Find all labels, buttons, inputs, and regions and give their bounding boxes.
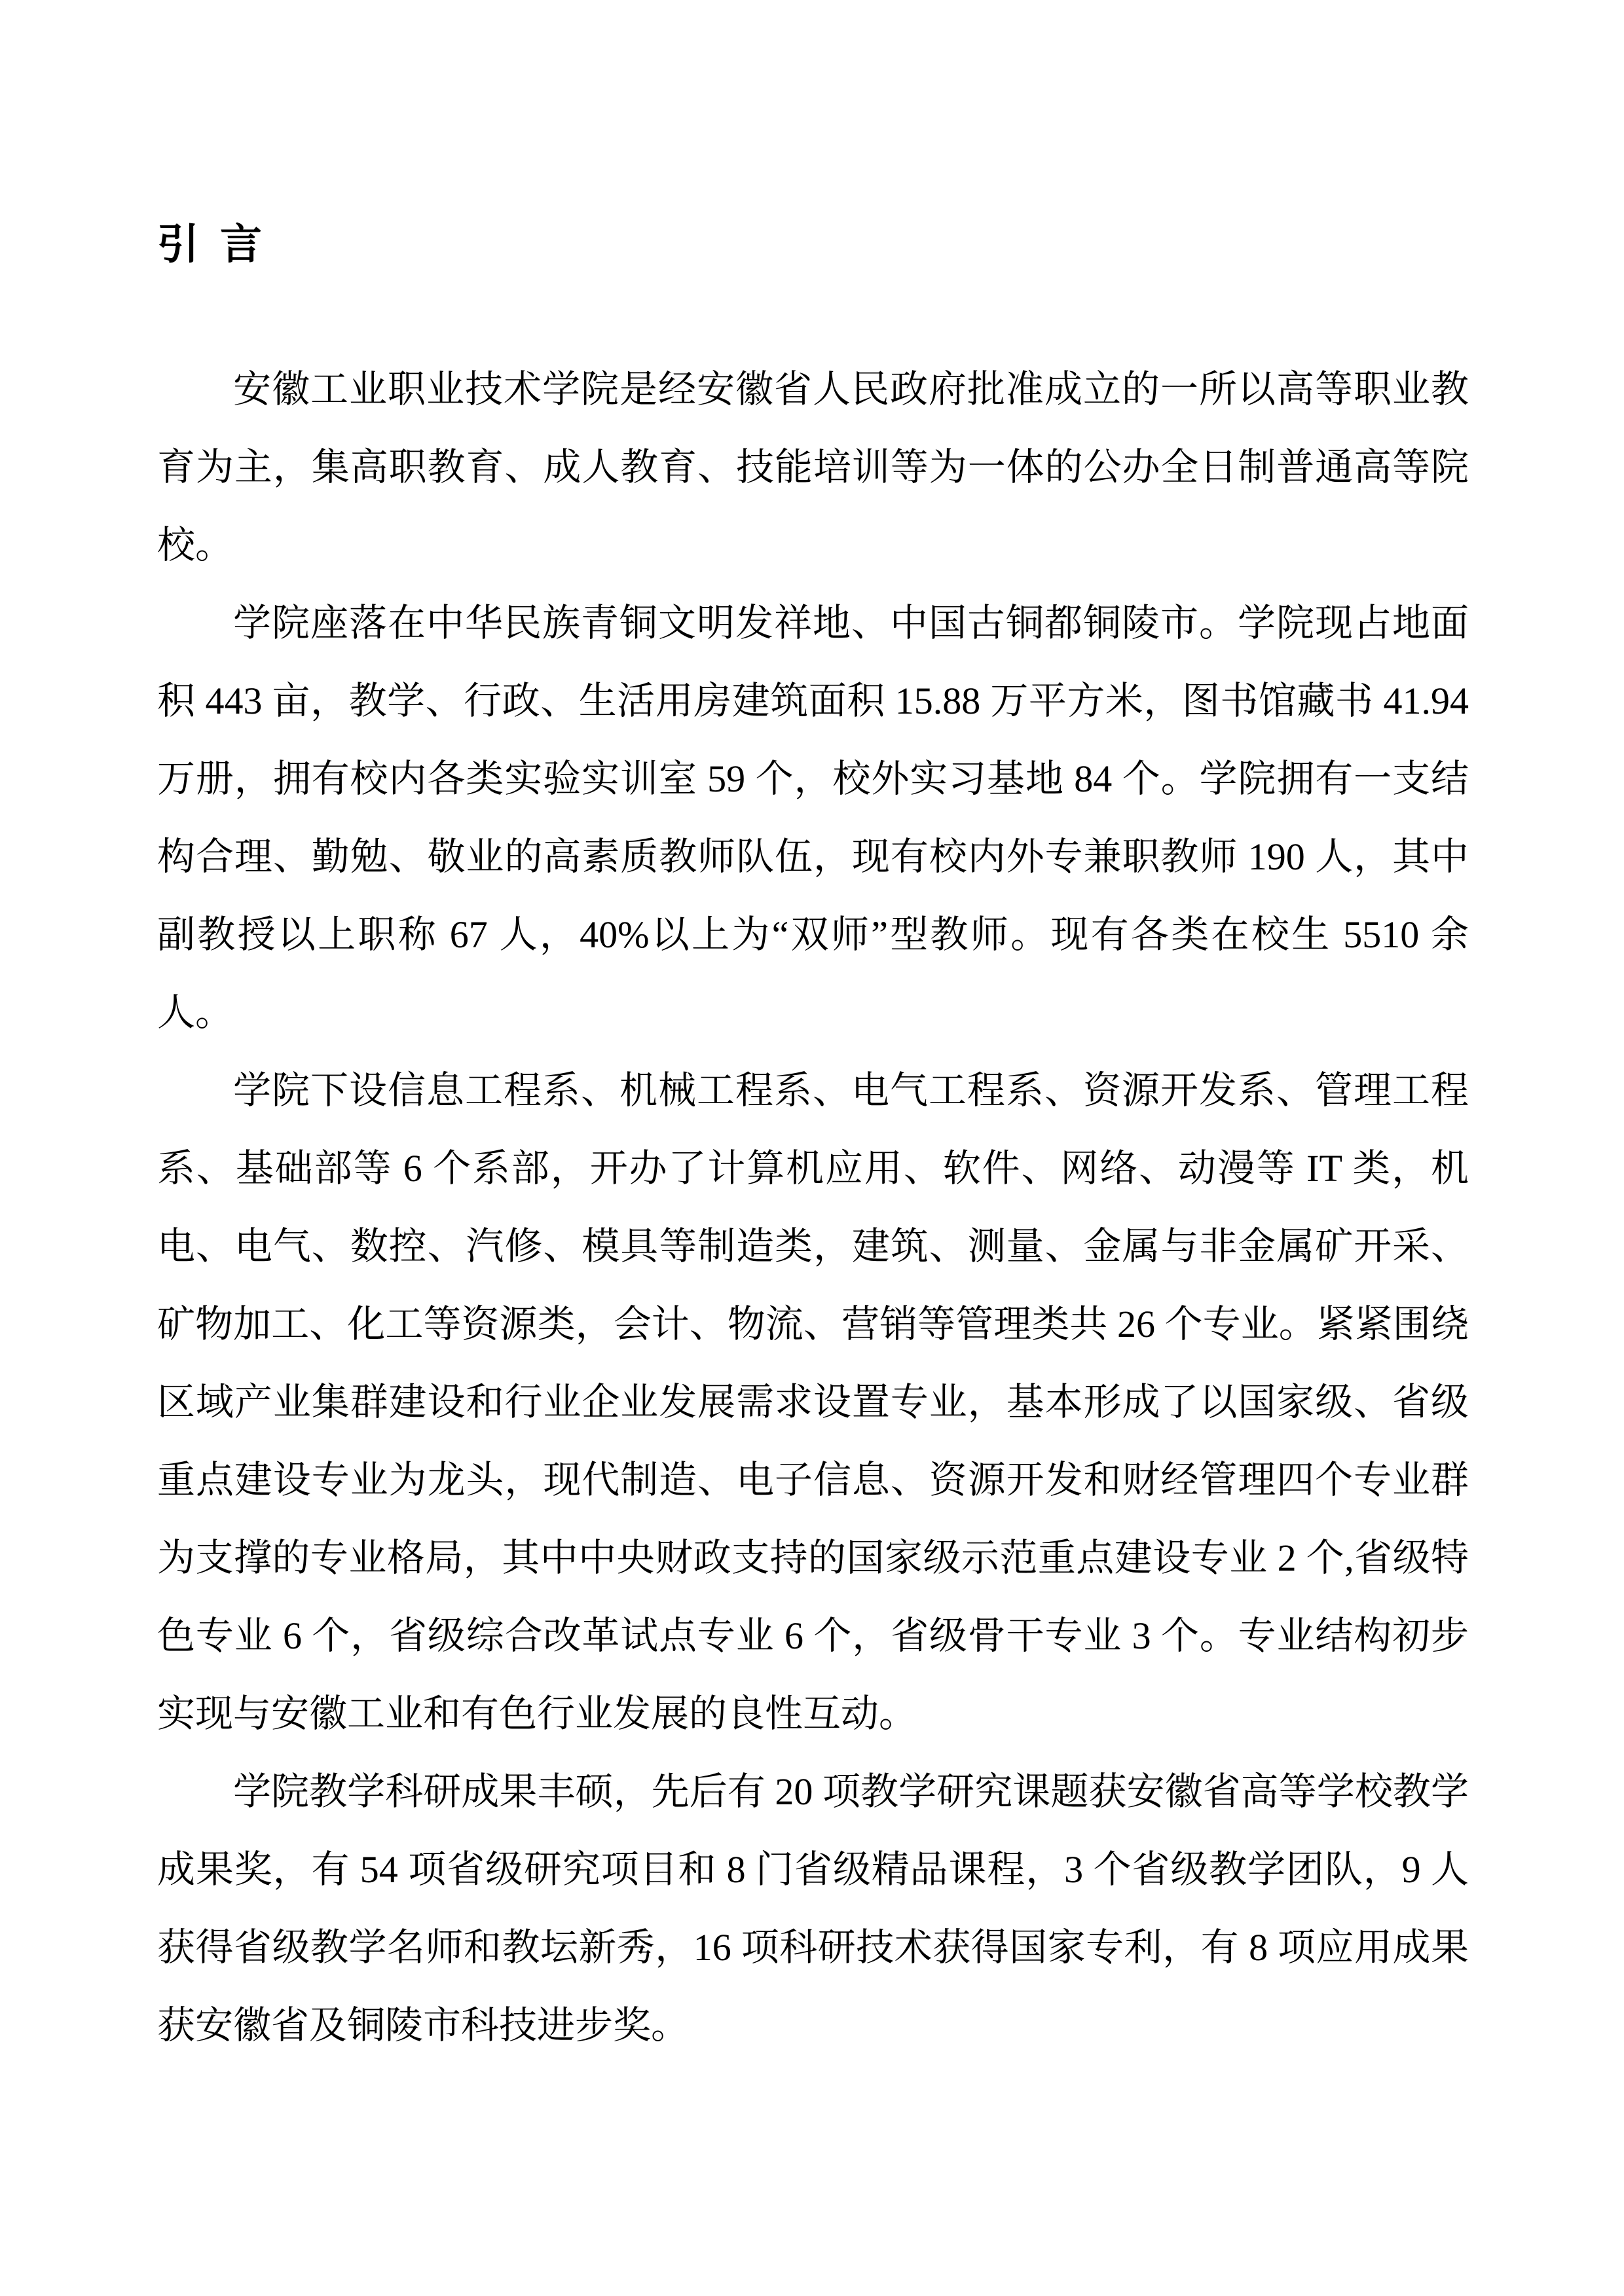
paragraph-campus-overview: 学院座落在中华民族青铜文明发祥地、中国古铜都铜陵市。学院现占地面积 443 亩，… bbox=[157, 584, 1469, 1051]
section-title: 引 言 bbox=[157, 224, 262, 266]
paragraph-intro: 安徽工业职业技术学院是经安徽省人民政府批准成立的一所以高等职业教育为主，集高职教… bbox=[157, 350, 1469, 584]
paragraph-departments-majors: 学院下设信息工程系、机械工程系、电气工程系、资源开发系、管理工程系、基础部等 6… bbox=[157, 1051, 1469, 1753]
document-page: 引 言 安徽工业职业技术学院是经安徽省人民政府批准成立的一所以高等职业教育为主，… bbox=[0, 0, 1624, 2296]
paragraph-research-achievements: 学院教学科研成果丰硕，先后有 20 项教学研究课题获安徽省高等学校教学成果奖，有… bbox=[157, 1753, 1469, 2064]
document-body: 安徽工业职业技术学院是经安徽省人民政府批准成立的一所以高等职业教育为主，集高职教… bbox=[157, 350, 1469, 2064]
